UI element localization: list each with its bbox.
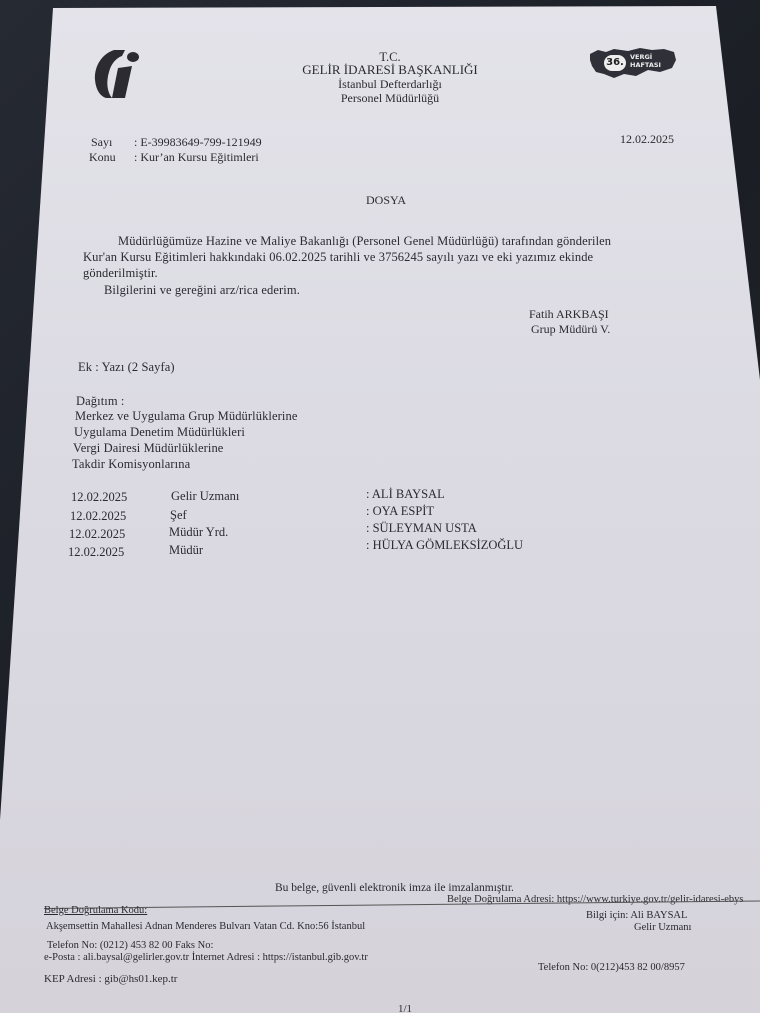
header-department: Personel Müdürlüğü — [260, 91, 520, 105]
footer-address: Akşemsettin Mahallesi Adnan Menderes Bul… — [46, 921, 365, 932]
distribution-item: Merkez ve Uygulama Grup Müdürlüklerine — [75, 409, 297, 424]
vergi-haftasi-badge: 36. VERGİ HAFTASI — [588, 46, 678, 82]
signer-date: 12.02.2025 — [71, 490, 127, 505]
signer-name: : ALİ BAYSAL — [366, 487, 445, 502]
header-institution: GELİR İDARESİ BAŞKANLIĞI — [260, 63, 520, 77]
signer-name: : SÜLEYMAN USTA — [366, 521, 477, 536]
footer-phone: Telefon No: (0212) 453 82 00 Faks No: — [47, 940, 213, 951]
badge-line2: HAFTASI — [630, 61, 661, 69]
body-closing: Bilgilerini ve gereğini arz/rica ederim. — [104, 283, 300, 298]
contact-phone: Telefon No: 0(212)453 82 00/8957 — [538, 962, 685, 973]
attachment: Ek : Yazı (2 Sayfa) — [78, 360, 175, 375]
signer-role: Müdür Yrd. — [169, 525, 228, 540]
signer-role: Şef — [170, 508, 187, 523]
e-signature-note: Bu belge, güvenli elektronik imza ile im… — [275, 882, 514, 894]
signer-date: 12.02.2025 — [70, 509, 126, 524]
konu-label: Konu — [89, 150, 116, 165]
distribution-item: Vergi Dairesi Müdürlüklerine — [73, 441, 223, 456]
konu-value: : Kur’an Kursu Eğitimleri — [134, 150, 259, 165]
sayi-value: : E-39983649-799-121949 — [134, 135, 262, 150]
recipient: DOSYA — [366, 193, 406, 208]
gib-logo-icon — [92, 48, 142, 100]
header-office: İstanbul Defterdarlığı — [260, 77, 520, 91]
signature-title: Grup Müdürü V. — [531, 322, 610, 337]
distribution-item: Uygulama Denetim Müdürlükleri — [74, 425, 245, 440]
signer-name: : OYA ESPİT — [366, 504, 434, 519]
badge-line1: VERGİ — [630, 53, 661, 61]
sayi-label: Sayı — [91, 135, 112, 150]
signer-date: 12.02.2025 — [69, 527, 125, 542]
signer-role: Müdür — [169, 543, 203, 558]
signer-date: 12.02.2025 — [68, 545, 124, 560]
info-contact: Bilgi için: Ali BAYSAL — [586, 910, 687, 921]
footer-kep[interactable]: KEP Adresi : gib@hs01.kep.tr — [44, 973, 177, 985]
signature-name: Fatih ARKBAŞI — [529, 307, 609, 322]
body-line-2: Kur'an Kursu Eğitimleri hakkındaki 06.02… — [83, 250, 593, 265]
verification-code-label: Belge Doğrulama Kodu: — [44, 905, 147, 916]
distribution-item: Takdir Komisyonlarına — [72, 457, 190, 472]
body-line-3: gönderilmiştir. — [83, 266, 158, 281]
signer-name: : HÜLYA GÖMLEKSİZOĞLU — [366, 538, 523, 553]
body-line-1: Müdürlüğümüze Hazine ve Maliye Bakanlığı… — [118, 234, 611, 249]
document-date: 12.02.2025 — [620, 132, 674, 147]
distribution-label: Dağıtım : — [76, 394, 124, 409]
info-title: Gelir Uzmanı — [634, 922, 691, 933]
page-number: 1/1 — [398, 1003, 412, 1013]
signer-role: Gelir Uzmanı — [171, 489, 239, 504]
footer-email-web[interactable]: e-Posta : ali.baysal@gelirler.gov.tr İnt… — [44, 952, 368, 963]
badge-number: 36. — [604, 55, 626, 71]
